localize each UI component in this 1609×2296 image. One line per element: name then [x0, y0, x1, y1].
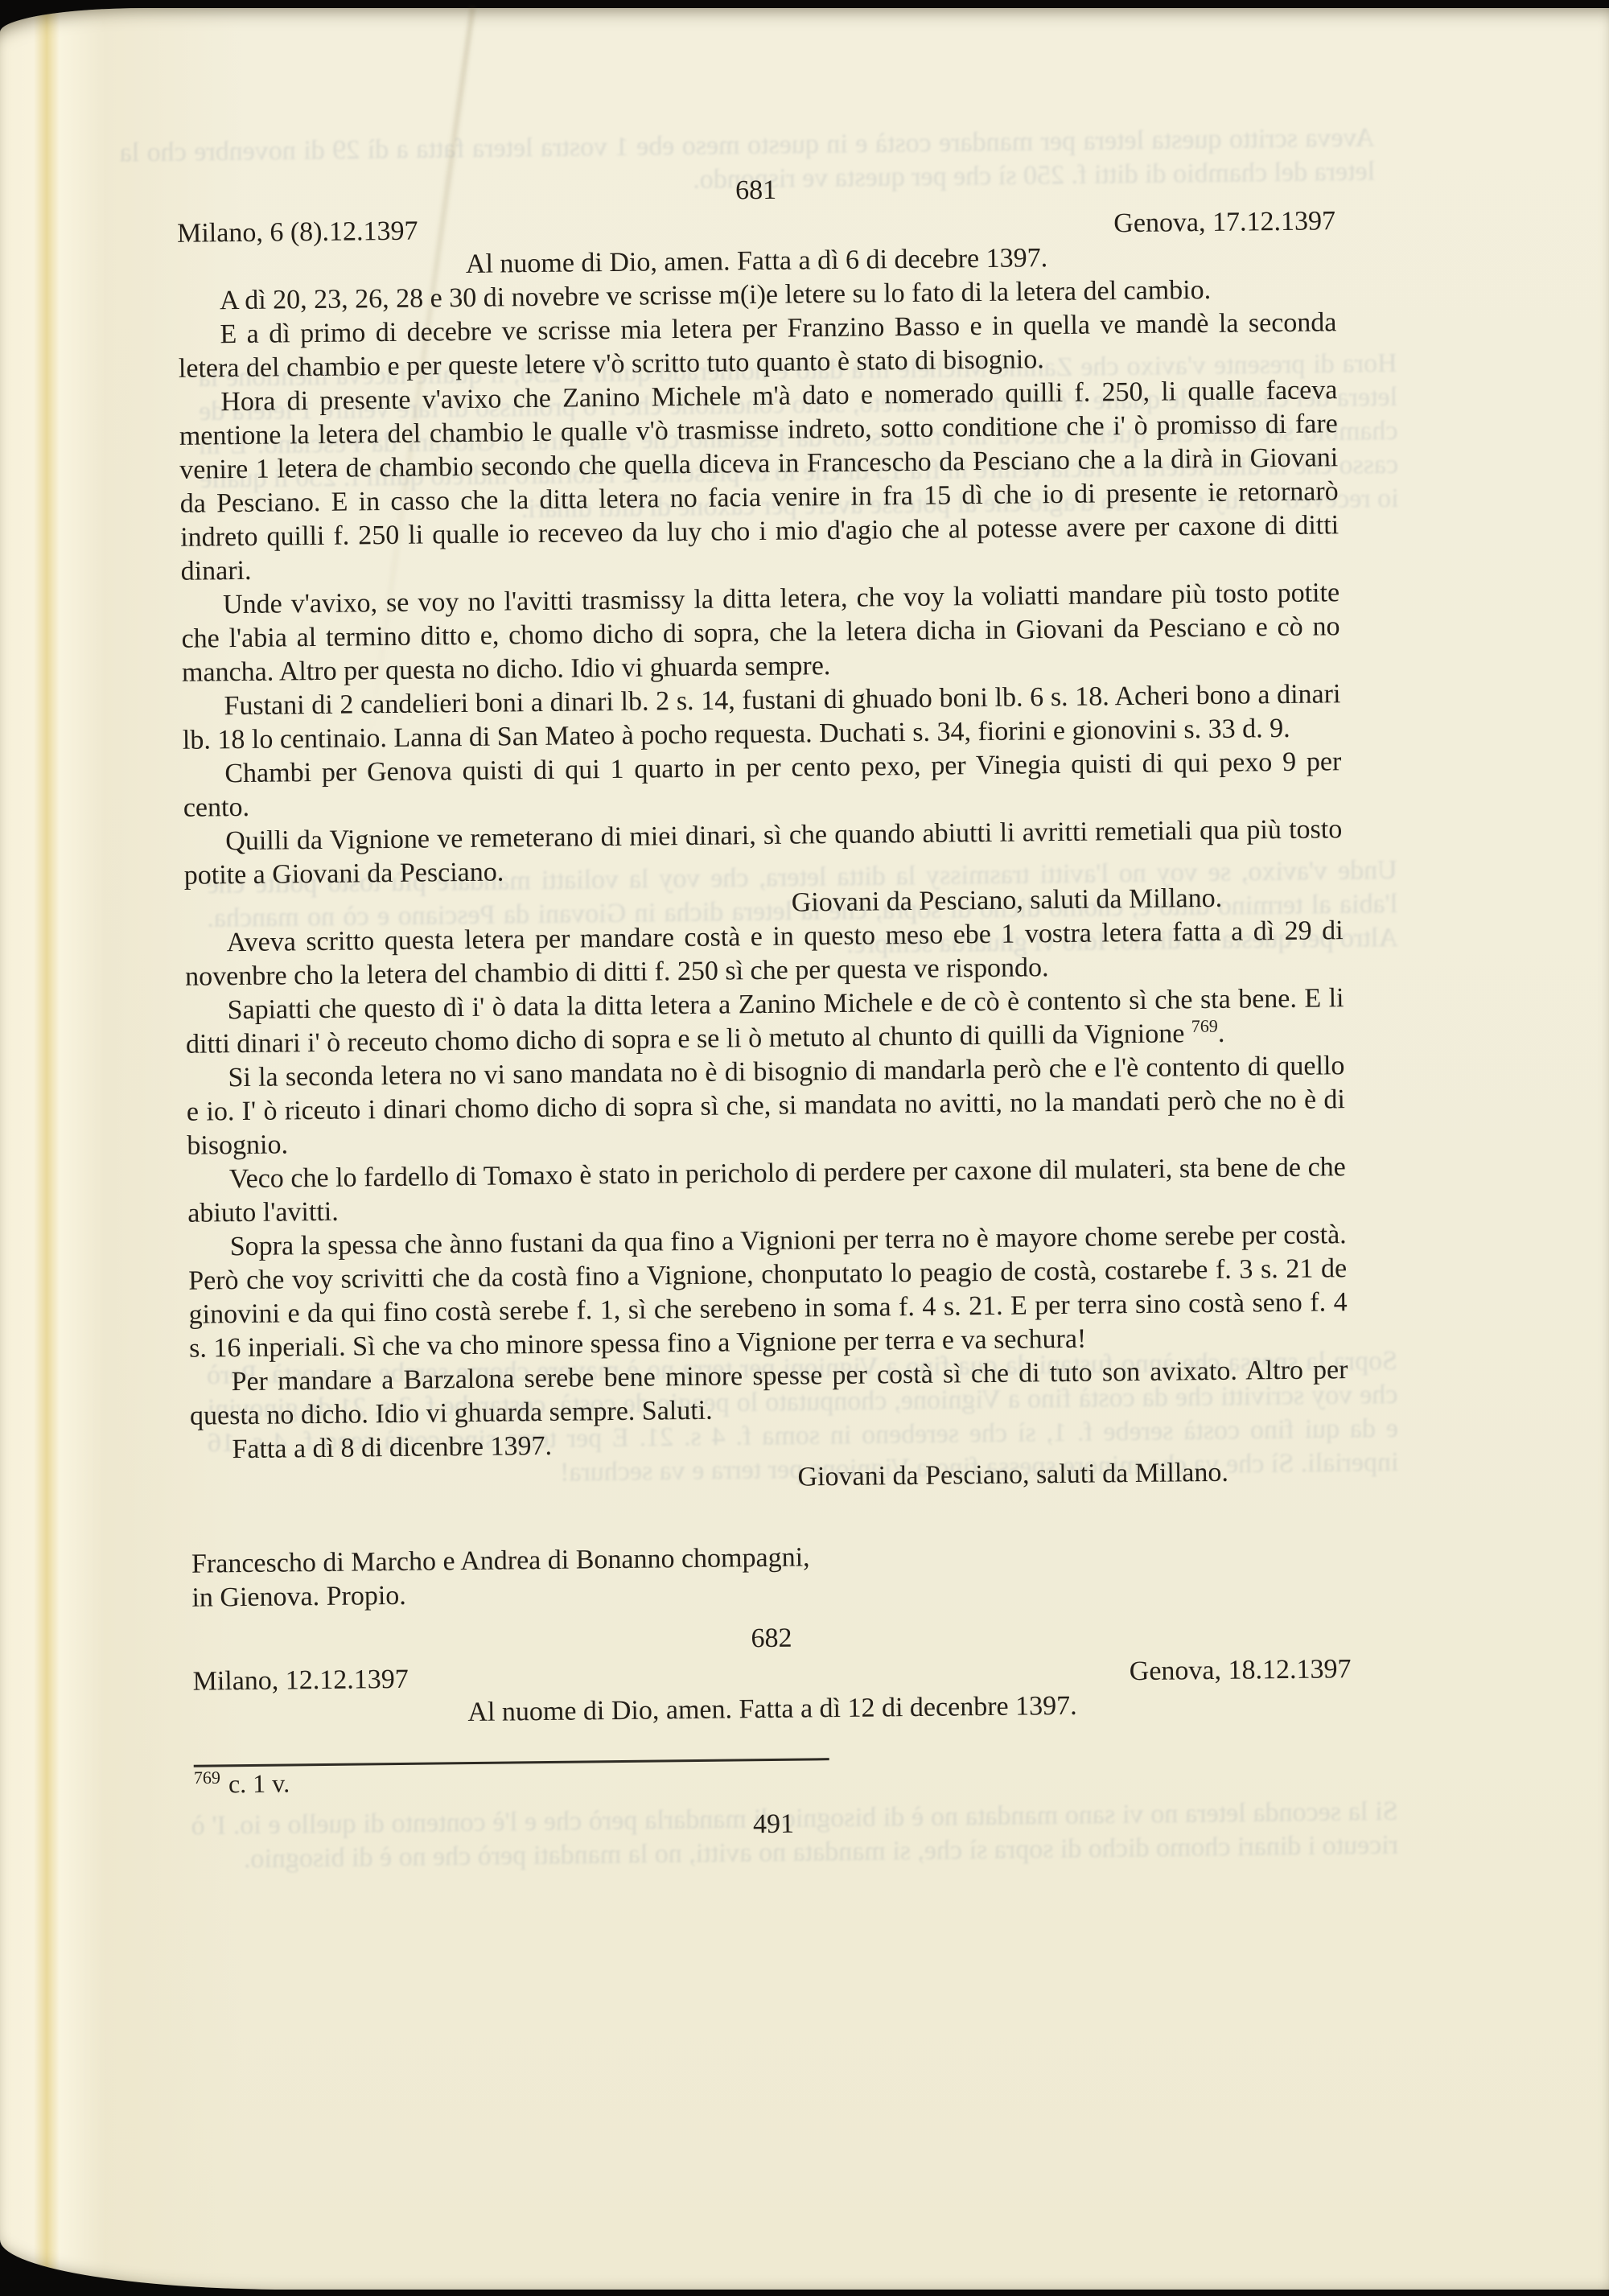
paragraph: Sopra la spessa che ànno fustani da qua …: [188, 1218, 1348, 1366]
paragraph: Quilli da Vignione ve remeterano di miei…: [183, 813, 1343, 893]
footnote-text: c. 1 v.: [228, 1768, 290, 1798]
letter-681: 681 Milano, 6 (8).12.1397 Genova, 17.12.…: [176, 167, 1350, 1615]
origin-dateline: Milano, 12.12.1397: [192, 1663, 409, 1699]
origin-dateline: Milano, 6 (8).12.1397: [177, 215, 418, 251]
bleed-through-text: Si la seconda letera no vi sano mandata …: [191, 1795, 1401, 2163]
scanned-book-page: Aveva scritto questa letera per mandare …: [0, 0, 1609, 2296]
paragraph: Si la seconda letera no vi sano mandata …: [186, 1049, 1345, 1163]
paragraph: Fustani di 2 candelieri boni a dinari lb…: [182, 677, 1341, 758]
paragraph: Hora di presente v'avixo che Zanino Mich…: [179, 373, 1339, 589]
paper-page: Aveva scritto questa letera per mandare …: [0, 8, 1609, 2290]
address-block: Francescho di Marcho e Andrea di Bonanno…: [191, 1535, 1351, 1615]
paragraph: Per mandare a Barzalona serebe bene mino…: [189, 1353, 1348, 1434]
paragraph: Veco che lo fardello di Tomaxo è stato i…: [187, 1150, 1347, 1231]
paragraph: Chambi per Genova quisti di qui 1 quarto…: [183, 745, 1342, 825]
footnote-marker: 769: [194, 1767, 220, 1788]
printed-text-block: 681 Milano, 6 (8).12.1397 Genova, 17.12.…: [175, 2, 1353, 1847]
paragraph-text: .: [1218, 1018, 1225, 1048]
page-number: 491: [194, 1801, 1352, 1848]
paragraph-text: Sapiatti che questo dì i' ò data la ditt…: [186, 983, 1344, 1060]
letter-682: 682 Milano, 12.12.1397 Genova, 18.12.139…: [192, 1615, 1352, 1733]
destination-dateline: Genova, 17.12.1397: [1113, 204, 1335, 241]
footnote-reference: 769: [1191, 1016, 1218, 1036]
destination-dateline: Genova, 18.12.1397: [1130, 1652, 1352, 1689]
paragraph: Aveva scritto questa letera per mandare …: [184, 914, 1344, 994]
paragraph: E a dì primo di decebre ve scrisse mia l…: [178, 306, 1337, 386]
paragraph: Unde v'avixo, se voy no l'avitti trasmis…: [181, 576, 1340, 690]
paragraph-with-footnote: Sapiatti che questo dì i' ò data la ditt…: [185, 981, 1344, 1062]
footnote: 769c. 1 v.: [194, 1755, 1352, 1801]
